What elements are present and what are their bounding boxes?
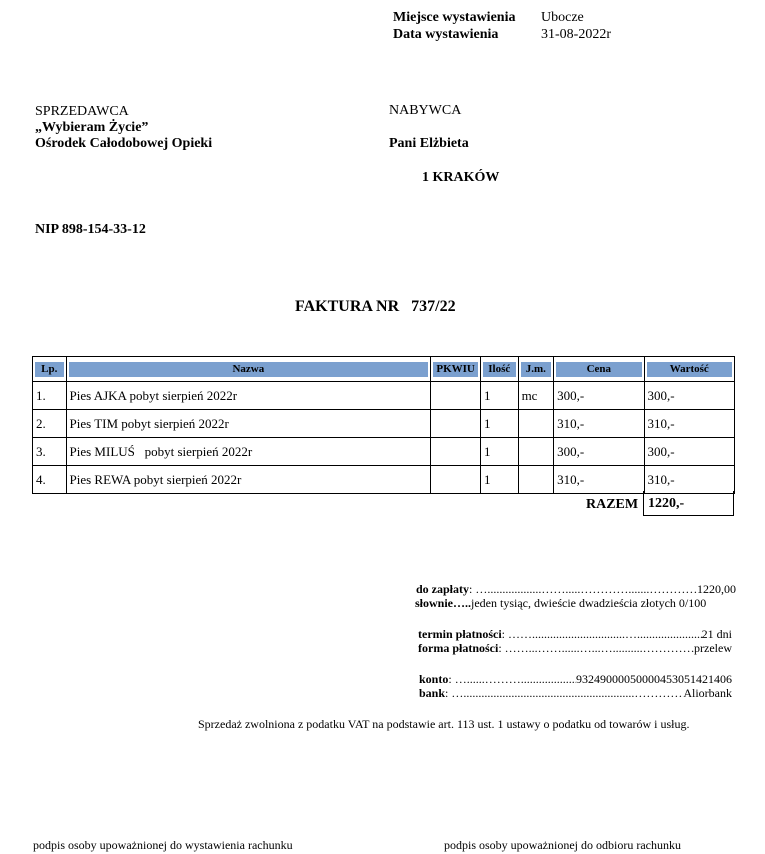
cell-lp: 4. xyxy=(33,466,67,494)
payment-terms-block: termin płatności: ……....................… xyxy=(418,627,732,655)
seller-nip: NIP 898-154-33-12 xyxy=(35,222,146,238)
cell-qty: 1 xyxy=(480,382,518,410)
col-header-pkwiu: PKWIU xyxy=(431,357,481,382)
cell-value: 300,- xyxy=(644,438,734,466)
items-table: Lp. Nazwa PKWIU Ilość J.m. Cena Wartość … xyxy=(32,356,735,494)
invoice-title: FAKTURA NR737/22 xyxy=(295,298,456,316)
vat-exemption-note: Sprzedaż zwolniona z podatku VAT na pods… xyxy=(198,717,689,732)
cell-qty: 1 xyxy=(480,438,518,466)
cell-name: Pies TIM pobyt sierpień 2022r xyxy=(66,410,431,438)
dot-leader: …......………..............................… xyxy=(455,672,576,686)
date-row: Data wystawienia31-08-2022r xyxy=(393,27,611,43)
cell-price: 300,- xyxy=(554,438,644,466)
account-value: 93249000050000453051421406 xyxy=(576,672,732,686)
table-row: 1. Pies AJKA pobyt sierpień 2022r 1 mc 3… xyxy=(33,382,735,410)
table-row: 4. Pies REWA pobyt sierpień 2022r 1 310,… xyxy=(33,466,735,494)
total-label: RAZEM xyxy=(586,497,638,513)
cell-qty: 1 xyxy=(480,410,518,438)
bank-block: konto: …......……….......................… xyxy=(419,672,732,700)
place-label: Miejsce wystawienia xyxy=(393,10,541,26)
cell-pkwiu xyxy=(431,466,481,494)
table-row: 2. Pies TIM pobyt sierpień 2022r 1 310,-… xyxy=(33,410,735,438)
issuer-signature-label: podpis osoby upoważnionej do wystawienia… xyxy=(33,838,293,853)
account-label: konto xyxy=(419,672,448,686)
col-header-unit: J.m. xyxy=(518,357,554,382)
buyer-city: 1 KRAKÓW xyxy=(422,170,499,186)
words-row: słownie….. jeden tysiąc, dwieście dwadzi… xyxy=(415,596,736,610)
col-header-price: Cena xyxy=(554,357,644,382)
account-row: konto: …......……….......................… xyxy=(419,672,732,686)
term-row: termin płatności: ……....................… xyxy=(418,627,732,641)
term-value: 21 dni xyxy=(702,627,732,641)
receiver-signature-label: podpis osoby upoważnionej do odbioru rac… xyxy=(444,838,681,853)
dot-leader: …..................…….....………….......………… xyxy=(475,582,697,596)
to-pay-value: 1220,00 xyxy=(697,582,736,596)
cell-value: 310,- xyxy=(644,410,734,438)
table-header-row: Lp. Nazwa PKWIU Ilość J.m. Cena Wartość xyxy=(33,357,735,382)
table-row: 3. Pies MILUŚ pobyt sierpień 2022r 1 300… xyxy=(33,438,735,466)
place-row: Miejsce wystawieniaUbocze xyxy=(393,10,584,26)
words-label: słownie….. xyxy=(415,596,471,610)
cell-price: 310,- xyxy=(554,410,644,438)
seller-label: SPRZEDAWCA xyxy=(35,104,212,120)
cell-unit xyxy=(518,410,554,438)
col-header-lp: Lp. xyxy=(33,357,67,382)
bank-label: bank xyxy=(419,686,445,700)
bank-row: bank: ….................................… xyxy=(419,686,732,700)
cell-lp: 1. xyxy=(33,382,67,410)
dot-leader: ……...............................…......… xyxy=(508,627,702,641)
method-value: przelew xyxy=(694,641,732,655)
date-value: 31-08-2022r xyxy=(541,27,611,42)
total-value: 1220,- xyxy=(643,491,734,516)
to-pay-row: do zapłaty: …..................…….....……… xyxy=(416,582,736,596)
buyer-label: NABYWCA xyxy=(389,103,461,119)
bank-value: Aliorbank xyxy=(683,686,732,700)
cell-qty: 1 xyxy=(480,466,518,494)
cell-pkwiu xyxy=(431,410,481,438)
seller-block: SPRZEDAWCA „Wybieram Życie” Ośrodek Cało… xyxy=(35,104,212,150)
cell-price: 310,- xyxy=(554,466,644,494)
dot-leader: ……...……......…...…..........……………………………… xyxy=(505,641,694,655)
place-value: Ubocze xyxy=(541,10,584,25)
cell-unit xyxy=(518,438,554,466)
cell-name: Pies MILUŚ pobyt sierpień 2022r xyxy=(66,438,431,466)
col-header-name: Nazwa xyxy=(66,357,431,382)
cell-name: Pies REWA pobyt sierpień 2022r xyxy=(66,466,431,494)
cell-lp: 2. xyxy=(33,410,67,438)
cell-pkwiu xyxy=(431,382,481,410)
buyer-name: Pani Elżbieta xyxy=(389,136,469,152)
cell-value: 310,- xyxy=(644,466,734,494)
payment-amount-block: do zapłaty: …..................…….....……… xyxy=(416,582,736,610)
method-label: forma płatności xyxy=(418,641,498,655)
cell-price: 300,- xyxy=(554,382,644,410)
method-row: forma płatności: ……...……......…...….....… xyxy=(418,641,732,655)
invoice-number: 737/22 xyxy=(411,298,455,315)
term-label: termin płatności xyxy=(418,627,502,641)
cell-unit xyxy=(518,466,554,494)
col-header-value: Wartość xyxy=(644,357,734,382)
cell-lp: 3. xyxy=(33,438,67,466)
cell-unit: mc xyxy=(518,382,554,410)
seller-name: „Wybieram Życie” xyxy=(35,120,212,136)
cell-pkwiu xyxy=(431,438,481,466)
invoice-title-label: FAKTURA NR xyxy=(295,298,399,315)
col-header-qty: Ilość xyxy=(480,357,518,382)
cell-value: 300,- xyxy=(644,382,734,410)
words-value: jeden tysiąc, dwieście dwadzieścia złoty… xyxy=(471,596,706,610)
to-pay-label: do zapłaty xyxy=(416,582,469,596)
dot-leader: ….......................................… xyxy=(451,686,683,700)
cell-name: Pies AJKA pobyt sierpień 2022r xyxy=(66,382,431,410)
date-label: Data wystawienia xyxy=(393,27,541,43)
seller-line2: Ośrodek Całodobowej Opieki xyxy=(35,136,212,150)
